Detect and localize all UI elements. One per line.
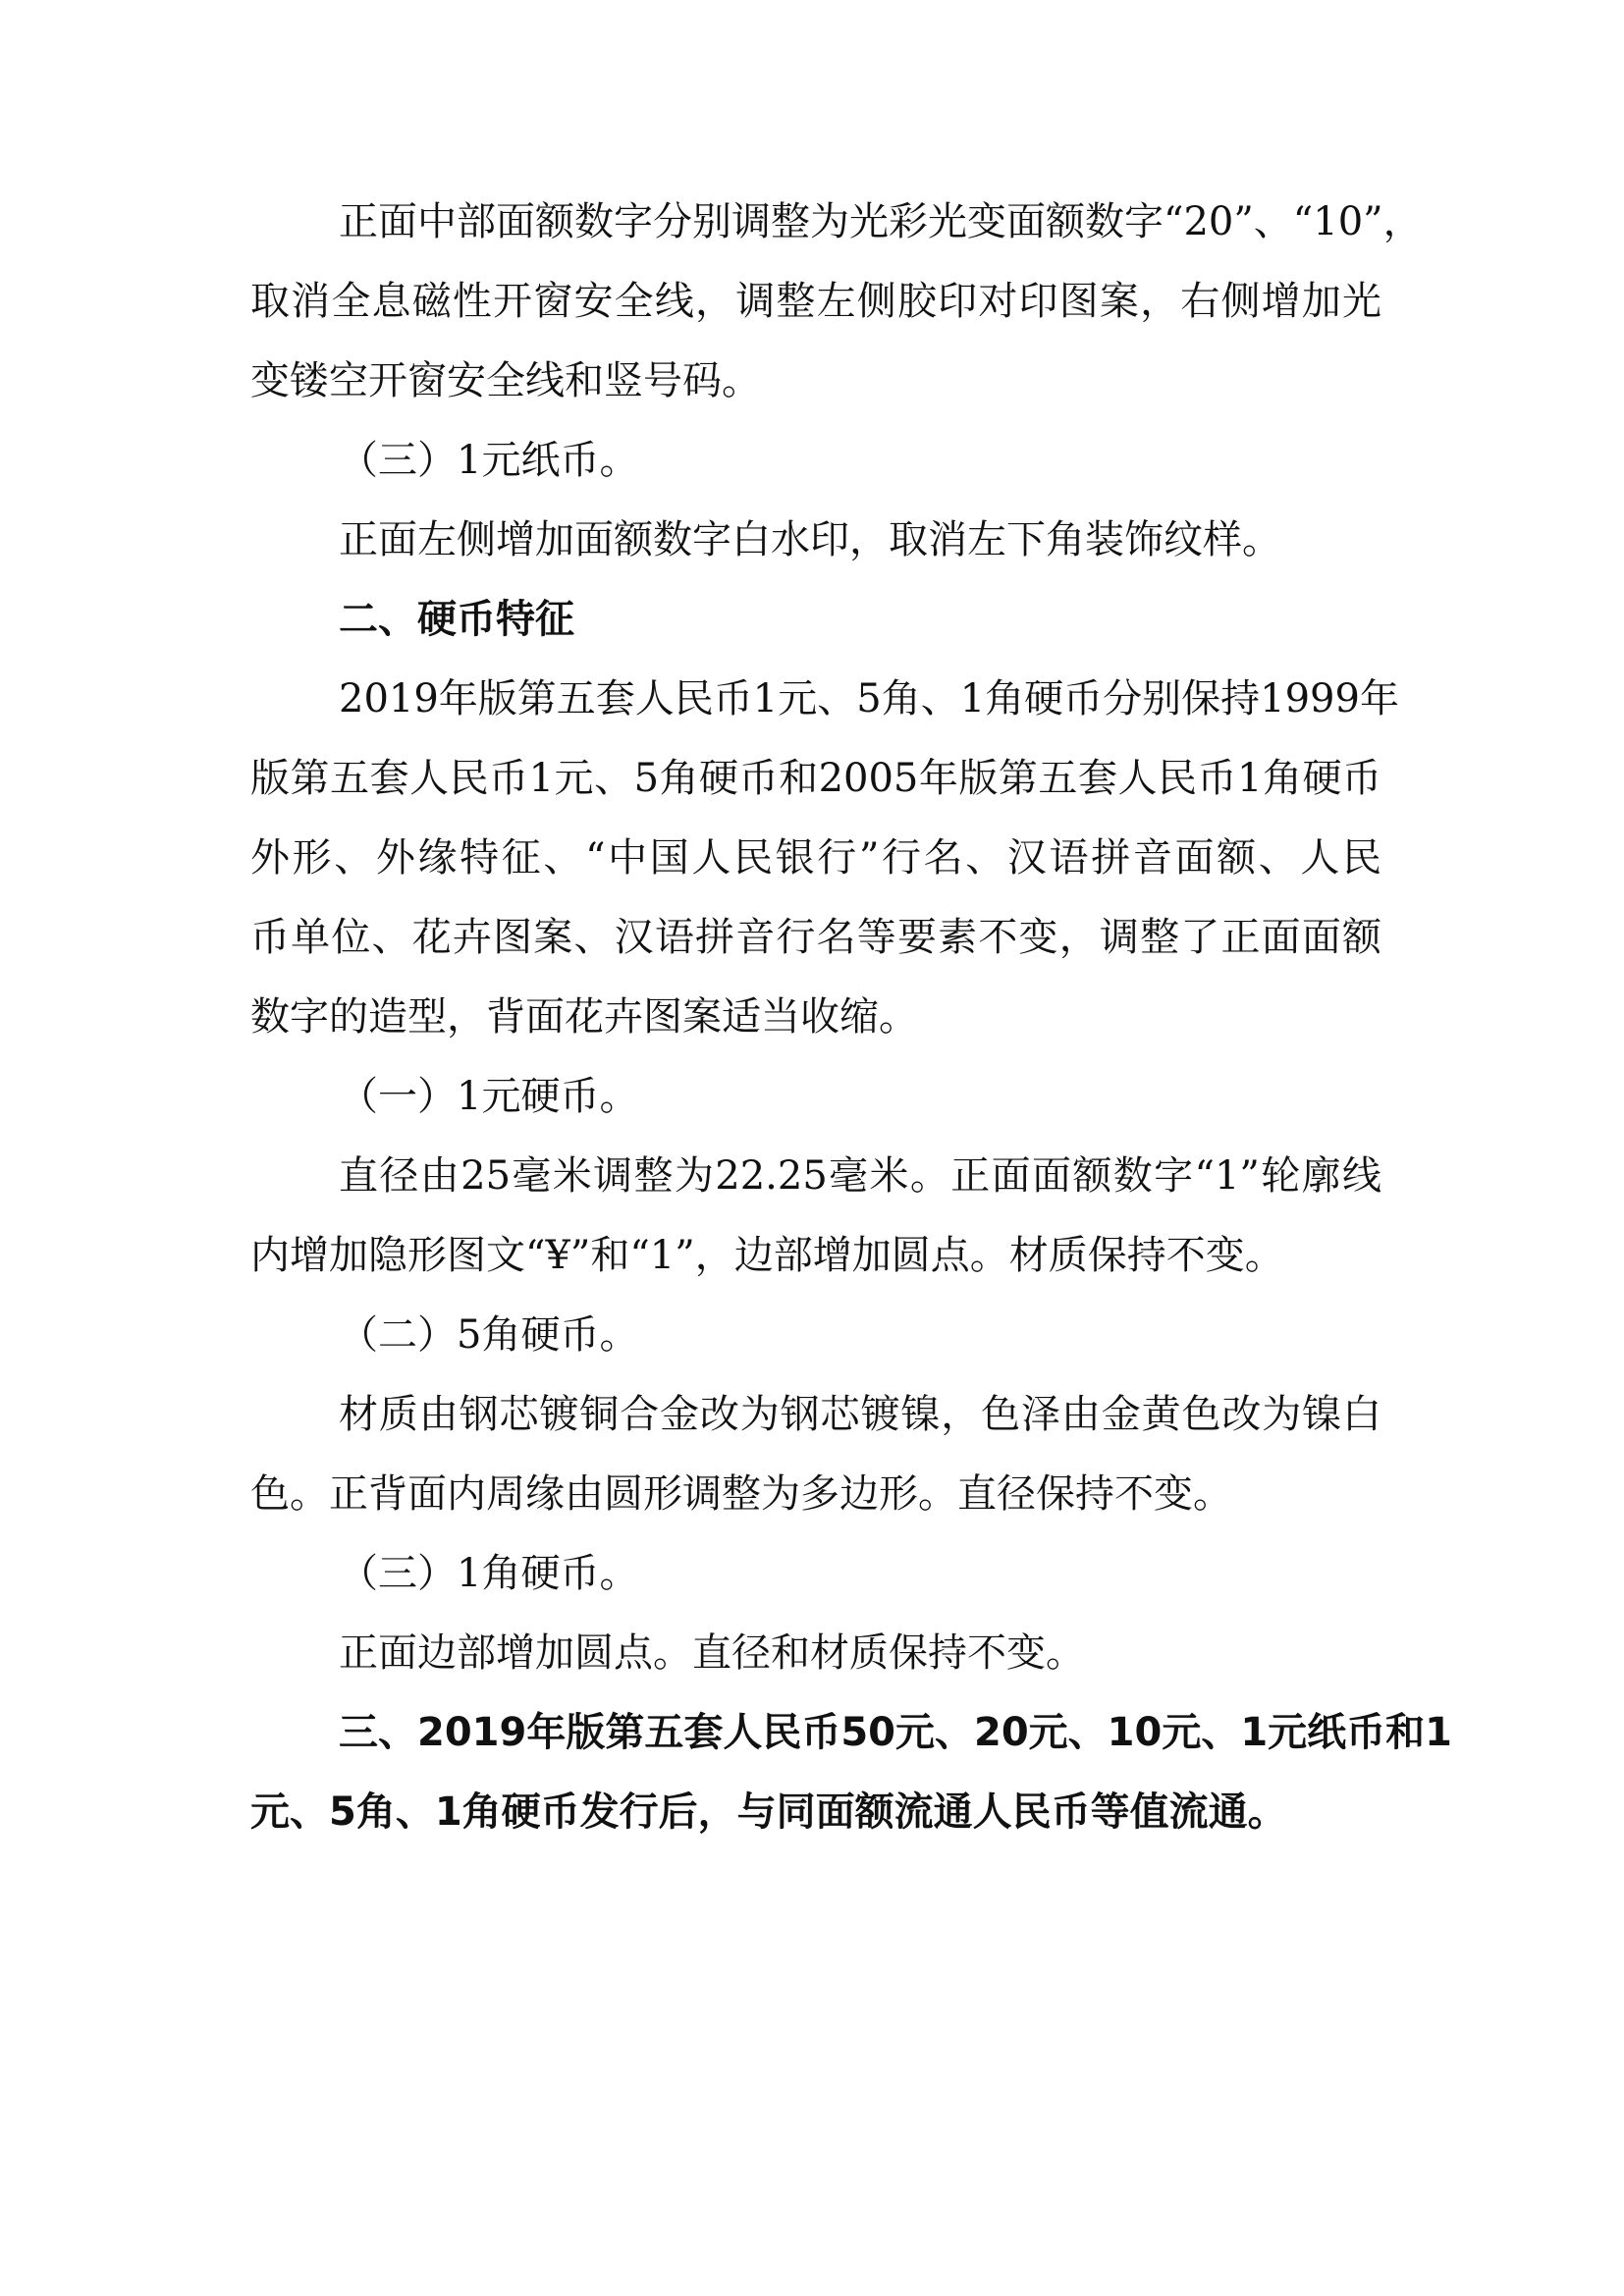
paragraph-line: 2019年版第五套人民币1元、5角、1角硬币分别保持1999年 [339, 674, 1381, 723]
paragraph-line: 外形、外缘特征、“中国人民银行”行名、汉语拼音面额、人民 [250, 833, 1381, 882]
paragraph-line: 数字的造型，背面花卉图案适当收缩。 [250, 992, 1381, 1041]
paragraph-line: 内增加隐形图文“¥”和“1”，边部增加圆点。材质保持不变。 [250, 1231, 1381, 1280]
paragraph-line: 正面边部增加圆点。直径和材质保持不变。 [339, 1629, 1381, 1678]
subsection-heading: （二）5角硬币。 [339, 1310, 1381, 1360]
paragraph-line: 版第五套人民币1元、5角硬币和2005年版第五套人民币1角硬币 [250, 754, 1381, 803]
paragraph-line: 取消全息磁性开窗安全线，调整左侧胶印对印图案，右侧增加光 [250, 277, 1381, 326]
section-heading: 二、硬币特征 [339, 595, 1381, 644]
subsection-heading: （三）1角硬币。 [339, 1549, 1381, 1598]
document-page: 正面中部面额数字分别调整为光彩光变面额数字“20”、“10”， 取消全息磁性开窗… [0, 0, 1624, 2296]
paragraph-line: 正面左侧增加面额数字白水印，取消左下角装饰纹样。 [339, 515, 1381, 564]
paragraph-line: 正面中部面额数字分别调整为光彩光变面额数字“20”、“10”， [339, 197, 1381, 246]
paragraph-line: 材质由钢芯镀铜合金改为钢芯镀镍，色泽由金黄色改为镍白 [339, 1390, 1381, 1439]
paragraph-line: 直径由25毫米调整为22.25毫米。正面面额数字“1”轮廓线 [339, 1151, 1381, 1201]
subsection-heading: （一）1元硬币。 [339, 1072, 1381, 1121]
section-heading: 三、2019年版第五套人民币50元、20元、10元、1元纸币和1 [339, 1708, 1381, 1757]
subsection-heading: （三）1元纸币。 [339, 436, 1381, 485]
section-heading: 元、5角、1角硬币发行后，与同面额流通人民币等值流通。 [250, 1788, 1381, 1837]
paragraph-line: 币单位、花卉图案、汉语拼音行名等要素不变，调整了正面面额 [250, 913, 1381, 962]
paragraph-line: 变镂空开窗安全线和竖号码。 [250, 356, 1381, 405]
paragraph-line: 色。正背面内周缘由圆形调整为多边形。直径保持不变。 [250, 1469, 1381, 1519]
